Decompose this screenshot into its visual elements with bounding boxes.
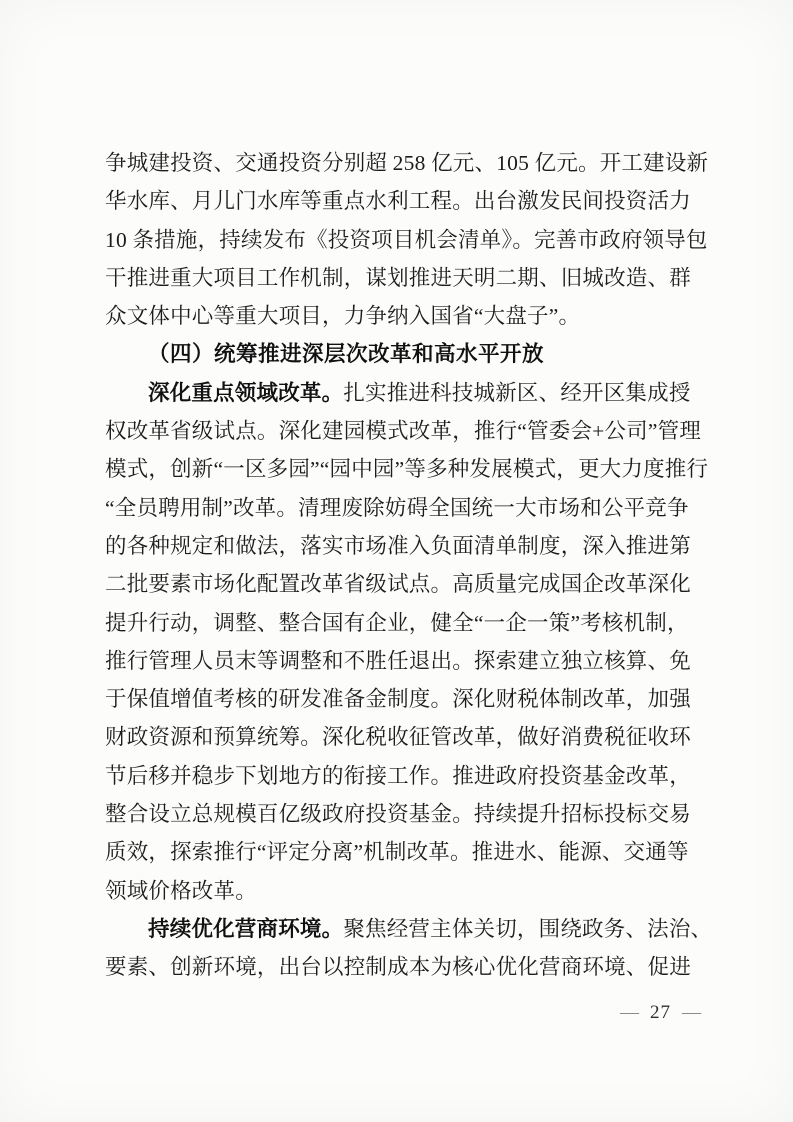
body-line: 质效，探索推行“评定分离”机制改革。推进水、能源、交通等 [105,833,687,871]
body-line: 模式，创新“一区多园”“园中园”等多种发展模式，更大力度推行 [105,450,687,488]
page-number: —27— [620,1000,701,1026]
body-line: 10 条措施，持续发布《投资项目机会清单》。完善市政府领导包 [105,221,687,259]
document-page: 争城建投资、交通投资分别超 258 亿元、105 亿元。开工建设新华水库、月儿门… [0,0,793,1122]
body-line: 整合设立总规模百亿级政府投资基金。持续提升招标投标交易 [105,795,687,833]
body-line: 的各种规定和做法，落实市场准入负面清单制度，深入推进第 [105,527,687,565]
page-number-dash-right: — [682,1002,701,1023]
body-line: 推行管理人员末等调整和不胜任退出。探索建立独立核算、免 [105,642,687,680]
body-line: 权改革省级试点。深化建园模式改革，推行“管委会+公司”管理 [105,412,687,450]
body-line: 持续优化营商环境。聚焦经营主体关切，围绕政务、法治、 [105,910,687,948]
body-line: 节后移并稳步下划地方的衔接工作。推进政府投资基金改革， [105,757,687,795]
body-line: “全员聘用制”改革。清理废除妨碍全国统一大市场和公平竞争 [105,489,687,527]
body-line: 争城建投资、交通投资分别超 258 亿元、105 亿元。开工建设新 [105,144,687,182]
body-line: 众文体中心等重大项目，力争纳入国省“大盘子”。 [105,297,687,335]
page-number-value: 27 [650,1002,671,1023]
page-number-dash-left: — [620,1002,639,1023]
body-line: 要素、创新环境，出台以控制成本为核心优化营商环境、促进 [105,948,687,986]
body-line: 领域价格改革。 [105,872,687,910]
body-line: 于保值增值考核的研发准备金制度。深化财税体制改革，加强 [105,680,687,718]
body-line: 干推进重大项目工作机制，谋划推进天明二期、旧城改造、群 [105,259,687,297]
body-line: 深化重点领域改革。扎实推进科技城新区、经开区集成授 [105,374,687,412]
text-block: 争城建投资、交通投资分别超 258 亿元、105 亿元。开工建设新华水库、月儿门… [105,144,687,987]
body-line: 华水库、月儿门水库等重点水利工程。出台激发民间投资活力 [105,182,687,220]
bold-lead: 深化重点领域改革。 [148,381,343,405]
body-line: 财政资源和预算统筹。深化税收征管改革，做好消费税征收环 [105,718,687,756]
body-line: 二批要素市场化配置改革省级试点。高质量完成国企改革深化 [105,565,687,603]
body-line: 提升行动，调整、整合国有企业，健全“一企一策”考核机制， [105,604,687,642]
section-heading: （四）统筹推进深层次改革和高水平开放 [105,335,687,373]
bold-lead: 持续优化营商环境。 [148,917,343,941]
